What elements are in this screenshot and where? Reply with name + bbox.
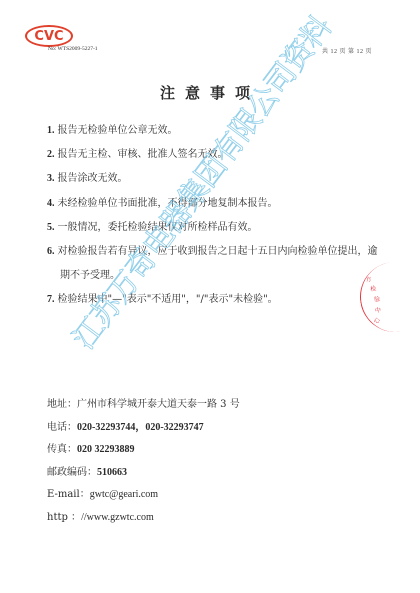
note-item: 1.报告无检验单位公章无效。 (47, 124, 407, 138)
website-row: http ：//www.gzwtc.com (47, 511, 347, 525)
logo-text: CVC (34, 30, 63, 43)
postcode-row: 邮政编码：510663 (47, 466, 347, 480)
fax-row: 传真：020 32293889 (47, 443, 347, 457)
email-link[interactable]: gwtc@geari.com (90, 489, 158, 500)
notes-list: 1.报告无检验单位公章无效。 2.报告无主检、审核、批准人签名无效。 3.报告涂… (47, 124, 407, 317)
cvc-logo: CVC (25, 25, 73, 47)
website-link[interactable]: //www.gzwtc.com (81, 512, 154, 523)
email-row: E-mail：gwtc@geari.com (47, 488, 347, 502)
note-item: 3.报告涂改无效。 (47, 172, 407, 186)
note-item: 5.一般情况，委托检验结果仅对所检样品有效。 (47, 221, 407, 235)
phone-row: 电话：020-32293744，020-32293747 (47, 421, 347, 435)
note-item: 6.对检验报告若有异议，应于收到报告之日起十五日内向检验单位提出，逾期不予受理。 (47, 245, 407, 283)
note-item: 7.检验结果中"—"表示"不适用"，"/"表示"未检验"。 (47, 293, 407, 307)
contact-info: 地址：广州市科学城开泰大道天泰一路 3 号 电话：020-32293744，02… (47, 398, 347, 534)
address-row: 地址：广州市科学城开泰大道天泰一路 3 号 (47, 398, 347, 412)
note-item: 2.报告无主检、审核、批准人签名无效。 (47, 148, 407, 162)
page-title: 注意事项 (0, 82, 420, 103)
page-info: 共 12 页 第 12 页 (322, 46, 372, 55)
document-number: No: WTS2009-5227-1 (48, 46, 98, 52)
note-item: 4.未经检验单位书面批准，不得部分地复制本报告。 (47, 197, 407, 211)
